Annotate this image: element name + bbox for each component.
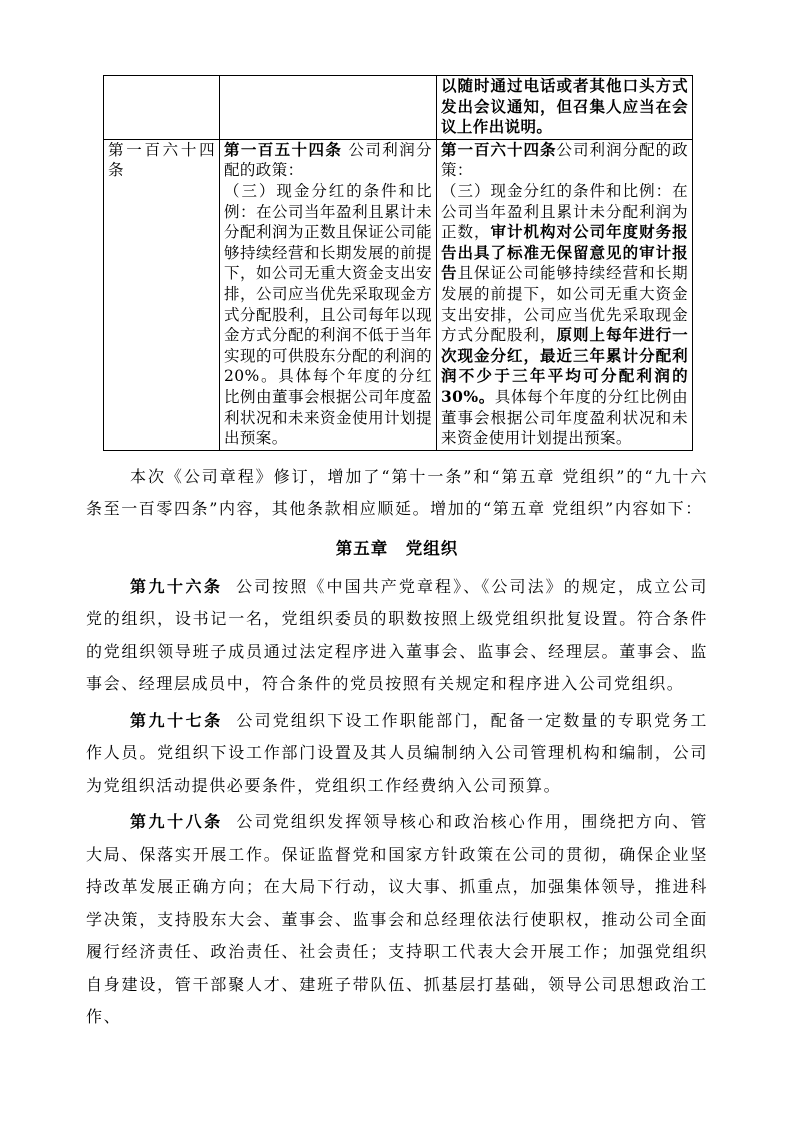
table-row-article-164: 第一百六十四条 第一百五十四条 公司利润分配的政策： （三）现金分红的条件和比例…: [104, 139, 693, 450]
article-96-paragraph: 第九十六条公司按照《中国共产党章程》、《公司法》的规定，成立公司党的组织，设书记…: [86, 571, 708, 701]
cell-original-text: 第一百五十四条 公司利润分配的政策： （三）现金分红的条件和比例：在公司当年盈利…: [220, 139, 437, 450]
article-97-paragraph: 第九十七条公司党组织下设工作职能部门，配备一定数量的专职党务工作人员。党组织下设…: [86, 705, 708, 803]
cell-original-text: [220, 76, 437, 140]
chapter-heading: 第五章 党组织: [86, 533, 708, 565]
article-96-label: 第九十六条: [130, 577, 222, 596]
article-98-paragraph: 第九十八条公司党组织发挥领导核心和政治核心作用，围绕把方向、管大局、保落实开展工…: [86, 806, 708, 1034]
document-page: 以随时通过电话或者其他口头方式发出会议通知，但召集人应当在会议上作出说明。 第一…: [0, 0, 793, 1122]
article-98-label: 第九十八条: [130, 812, 223, 831]
cell-article-number: [104, 76, 220, 140]
cell-revised-text: 以随时通过电话或者其他口头方式发出会议通知，但召集人应当在会议上作出说明。: [437, 76, 693, 140]
comparison-table: 以随时通过电话或者其他口头方式发出会议通知，但召集人应当在会议上作出说明。 第一…: [103, 75, 693, 451]
table-row-continuation: 以随时通过电话或者其他口头方式发出会议通知，但召集人应当在会议上作出说明。: [104, 76, 693, 140]
cell-article-number: 第一百六十四条: [104, 139, 220, 450]
intro-paragraph: 本次《公司章程》修订，增加了“第十一条”和“第五章 党组织”的“九十六条至一百零…: [86, 461, 708, 526]
article-98-text: 公司党组织发挥领导核心和政治核心作用，围绕把方向、管大局、保落实开展工作。保证监…: [86, 812, 708, 1026]
article-97-label: 第九十七条: [130, 711, 223, 730]
cell-revised-text: 第一百六十四条公司利润分配的政策： （三）现金分红的条件和比例：在公司当年盈利且…: [437, 139, 693, 450]
